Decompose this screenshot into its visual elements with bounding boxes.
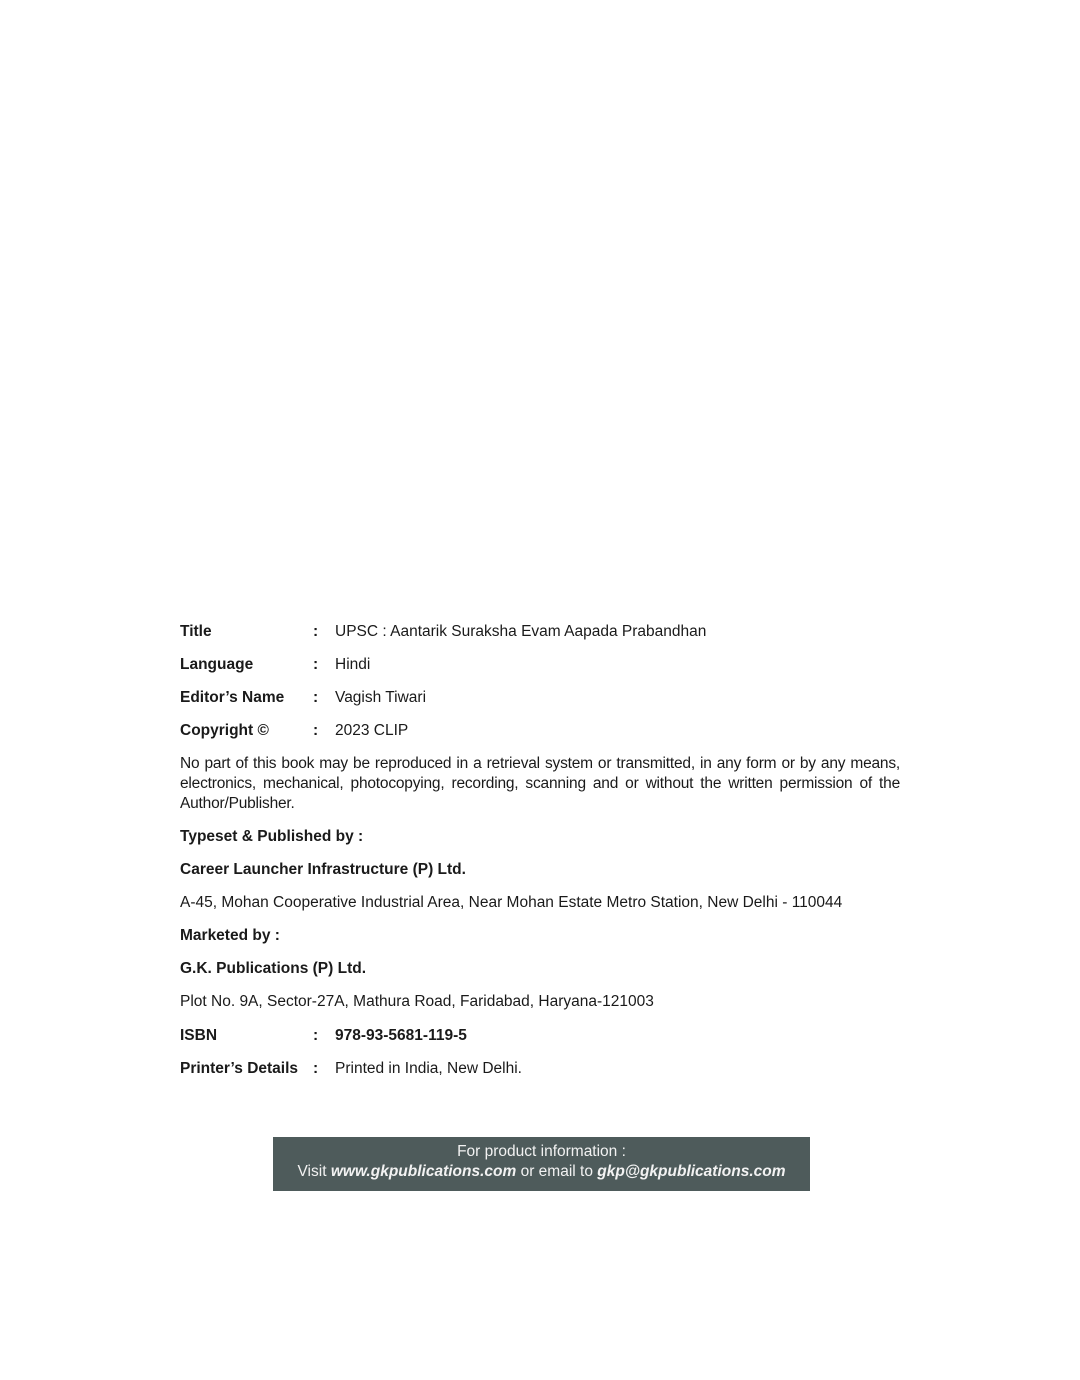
colon: : <box>313 620 318 644</box>
colon: : <box>313 719 318 743</box>
marketer-address: Plot No. 9A, Sector-27A, Mathura Road, F… <box>180 990 654 1014</box>
website-link[interactable]: www.gkpublications.com <box>331 1163 516 1180</box>
colon: : <box>313 1024 318 1048</box>
colon: : <box>313 686 318 710</box>
copyright-notice: No part of this book may be reproduced i… <box>180 754 900 814</box>
printer-value: Printed in India, New Delhi. <box>335 1057 522 1081</box>
detail-label: Title <box>180 620 212 644</box>
detail-value: Vagish Tiwari <box>335 686 426 710</box>
detail-value: Hindi <box>335 653 370 677</box>
marketer-name: G.K. Publications (P) Ltd. <box>180 957 366 981</box>
isbn-label: ISBN <box>180 1024 217 1048</box>
isbn-value: 978-93-5681-119-5 <box>335 1024 467 1048</box>
publisher-name: Career Launcher Infrastructure (P) Ltd. <box>180 858 466 882</box>
detail-label: Copyright © <box>180 719 269 743</box>
detail-label: Language <box>180 653 253 677</box>
publisher-address: A-45, Mohan Cooperative Industrial Area,… <box>180 891 842 915</box>
banner-heading: For product information : <box>273 1142 810 1162</box>
detail-label: Editor’s Name <box>180 686 284 710</box>
banner-contact-line: Visit www.gkpublications.com or email to… <box>273 1162 810 1182</box>
detail-value: 2023 CLIP <box>335 719 408 743</box>
printer-label: Printer’s Details <box>180 1057 298 1081</box>
publisher-heading: Typeset & Published by : <box>180 825 363 849</box>
colon: : <box>313 1057 318 1081</box>
banner-or-email-text: or email to <box>521 1163 593 1180</box>
marketer-heading: Marketed by : <box>180 924 280 948</box>
detail-value: UPSC : Aantarik Suraksha Evam Aapada Pra… <box>335 620 706 644</box>
colon: : <box>313 653 318 677</box>
product-info-banner: For product information : Visit www.gkpu… <box>273 1137 810 1191</box>
email-link[interactable]: gkp@gkpublications.com <box>597 1163 785 1180</box>
banner-visit-text: Visit <box>298 1163 327 1180</box>
